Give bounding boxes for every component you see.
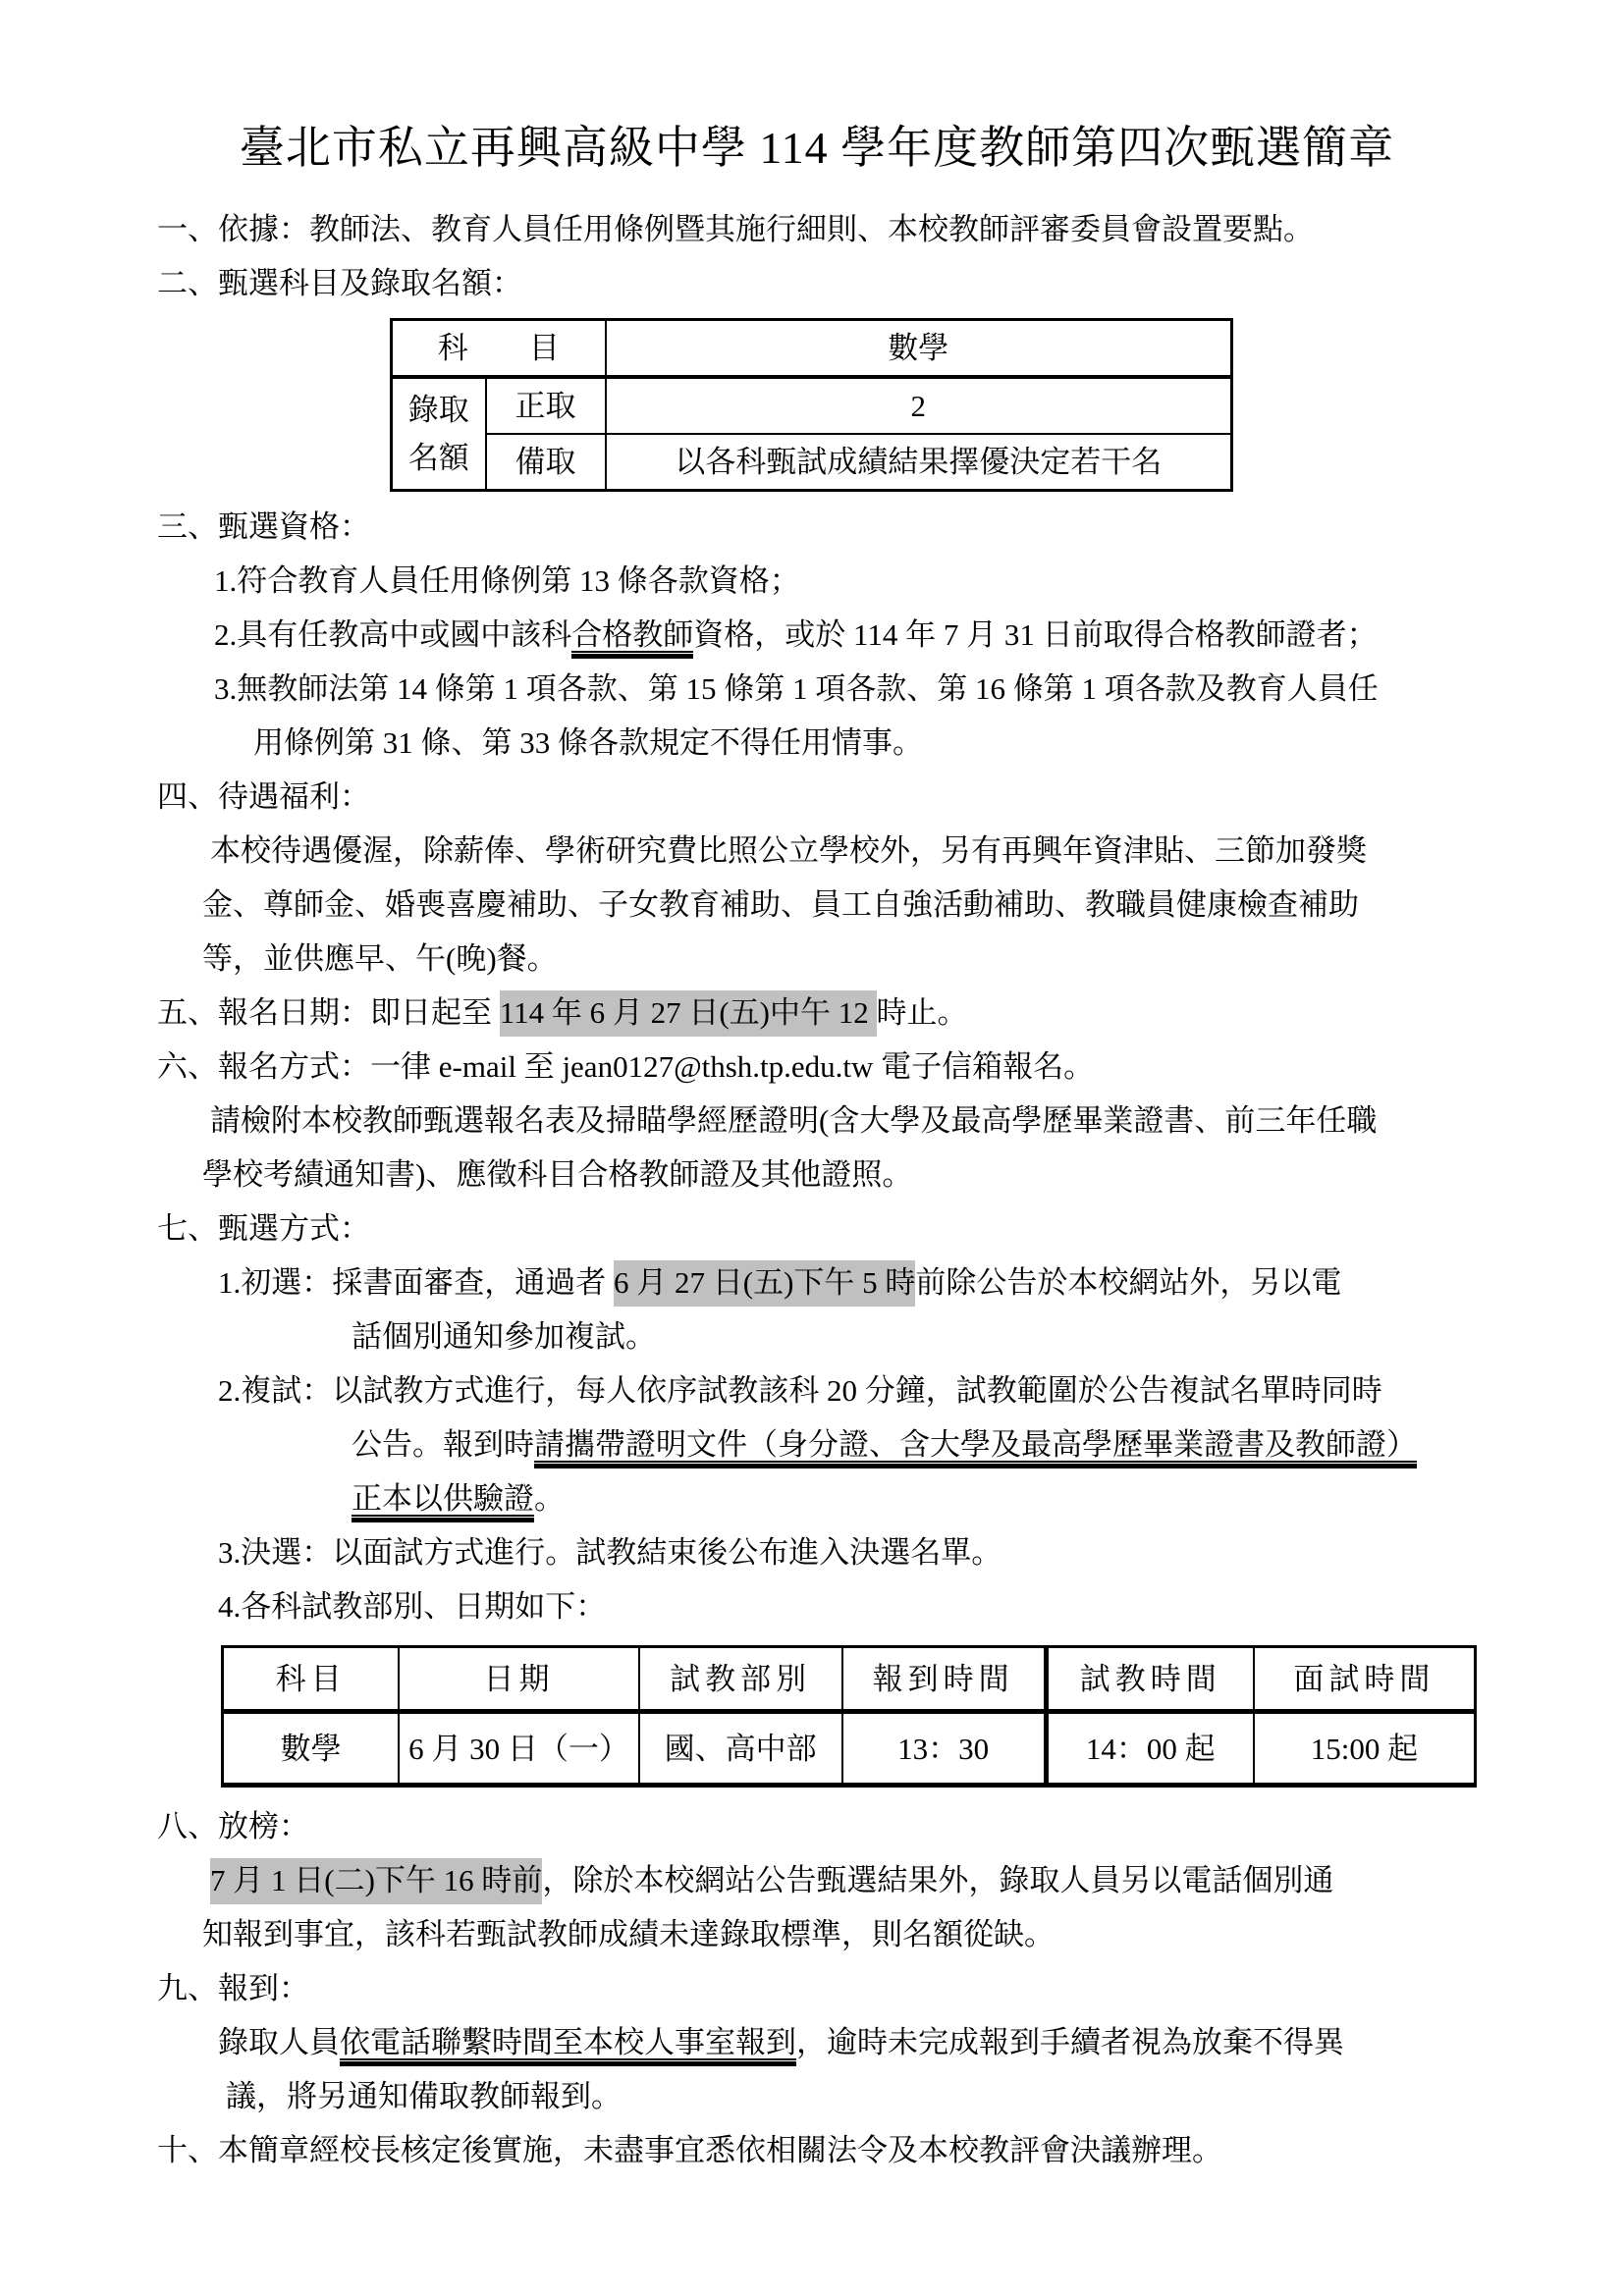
regular-value-cell: 2 — [606, 377, 1232, 434]
section-4-heading: 四、待遇福利： — [157, 770, 1477, 824]
page: 臺北市私立再興高級中學 114 學年度教師第四次甄選簡章 一、依據：教師法、教育… — [0, 0, 1624, 2296]
section-9-body: 錄取人員依電話聯繫時間至本校人事室報到，逾時未完成報到手續者視為放棄不得異 議，… — [218, 2015, 1477, 2123]
cell-interview-time: 15:00 起 — [1254, 1712, 1476, 1786]
cell-subject: 數學 — [223, 1712, 400, 1786]
text-segment: 1.初選：採書面審查，通過者 — [218, 1265, 614, 1300]
section-10-final: 十、本簡章經校長核定後實施，未盡事宜悉依相關法令及本校教評會決議辦理。 — [157, 2123, 1477, 2177]
alternate-label-cell: 備取 — [486, 434, 606, 491]
section-8-heading: 八、放榜： — [157, 1799, 1477, 1853]
regular-label-cell: 正取 — [486, 377, 606, 434]
first-round-date-highlight: 6 月 27 日(五)下午 5 時 — [614, 1260, 915, 1307]
document-body: 臺北市私立再興高級中學 114 學年度教師第四次甄選簡章 一、依據：教師法、教育… — [0, 0, 1624, 2177]
section-5-deadline: 五、報名日期：即日起至 114 年 6 月 27 日(五)中午 12 時止。 — [157, 986, 1477, 1040]
selection-item-1: 1.初選：採書面審查，通過者 6 月 27 日(五)下午 5 時前除公告於本校網… — [218, 1255, 1477, 1363]
table-row: 科 目 數學 — [392, 320, 1232, 378]
text-segment: 六、報名方式：一律 e-mail 至 — [157, 1049, 562, 1084]
subject-value-cell: 數學 — [606, 320, 1232, 378]
section-3-heading: 三、甄選資格： — [157, 500, 1477, 554]
header-cell-subject: 科目 — [223, 1647, 400, 1712]
deadline-date-highlight: 114 年 6 月 27 日(五)中午 12 — [500, 990, 877, 1037]
qualification-item-1: 1.符合教育人員任用條例第 13 條各款資格； — [214, 554, 1477, 608]
table-row: 錄取 名額 正取 2 — [392, 377, 1232, 434]
section-6-body: 請檢附本校教師甄選報名表及掃瞄學經歷證明(含大學及最高學歷畢業證書、前三年任職 … — [202, 1094, 1477, 1201]
qualification-item-3: 3.無教師法第 14 條第 1 項各款、第 15 條第 1 項各款、第 16 條… — [214, 662, 1477, 770]
underlined-text: 依電話聯繫時間至本校人事室報到 — [340, 2025, 796, 2066]
header-cell-demo-time: 試教時間 — [1046, 1647, 1254, 1712]
qualification-item-2: 2.具有任教高中或國中該科合格教師資格，或於 114 年 7 月 31 日前取得… — [214, 608, 1477, 662]
selection-item-2: 2.複試：以試教方式進行，每人依序試教該科 20 分鐘，試教範圍於公告複試名單時… — [218, 1363, 1477, 1525]
section-1-basis: 一、依據：教師法、教育人員任用條例暨其施行細則、本校教師評審委員會設置要點。 — [157, 202, 1477, 256]
subject-quota-table: 科 目 數學 錄取 名額 正取 2 備取 以各科甄試成績結果擇優決定若干名 — [390, 318, 1233, 492]
doc-title: 臺北市私立再興高級中學 114 學年度教師第四次甄選簡章 — [157, 116, 1477, 181]
text-segment: 2.具有任教高中或國中該科 — [214, 617, 571, 652]
schedule-table: 科目 日期 試教部別 報到時間 試教時間 面試時間 數學 6 月 30 日（一）… — [221, 1645, 1477, 1788]
text-segment: 資格，或於 114 年 7 月 31 日前取得合格教師證者； — [693, 617, 1377, 652]
section-2-heading: 二、甄選科目及錄取名額： — [157, 256, 1477, 310]
cell-division: 國、高中部 — [639, 1712, 842, 1786]
text-segment: 錄取人員 — [218, 2025, 340, 2059]
header-cell-date: 日期 — [399, 1647, 639, 1712]
quota-label-cell: 錄取 名額 — [392, 377, 486, 491]
text-segment: 。 — [534, 1481, 565, 1516]
selection-item-4: 4.各科試教部別、日期如下： — [218, 1579, 1477, 1633]
selection-item-3: 3.決選：以面試方式進行。試教結束後公布進入決選名單。 — [218, 1525, 1477, 1579]
table-row: 備取 以各科甄試成績結果擇優決定若干名 — [392, 434, 1232, 491]
text-segment: 時止。 — [877, 995, 968, 1030]
cell-date: 6 月 30 日（一） — [399, 1712, 639, 1786]
text-segment: 電子信箱報名。 — [873, 1049, 1094, 1084]
section-4-body: 本校待遇優渥，除薪俸、學術研究費比照公立學校外，另有再興年資津貼、三節加發獎 金… — [202, 824, 1477, 986]
section-9-heading: 九、報到： — [157, 1961, 1477, 2015]
underlined-text: 合格教師 — [571, 617, 693, 659]
header-cell-checkin-time: 報到時間 — [842, 1647, 1047, 1712]
email-address: jean0127@thsh.tp.edu.tw — [562, 1049, 873, 1084]
header-cell-division: 試教部別 — [639, 1647, 842, 1712]
cell-demo-time: 14：00 起 — [1046, 1712, 1254, 1786]
underlined-text: 請攜帶證明文件（身分證、含大學及最高學歷畢業證書及教師證） — [534, 1427, 1417, 1468]
section-8-body: 7 月 1 日(二)下午 16 時前，除於本校網站公告甄選結果外，錄取人員另以電… — [202, 1853, 1477, 1961]
cell-checkin-time: 13：30 — [842, 1712, 1047, 1786]
alternate-value-cell: 以各科甄試成績結果擇優決定若干名 — [606, 434, 1232, 491]
text-segment: 五、報名日期：即日起至 — [157, 995, 500, 1030]
subject-label-cell: 科 目 — [392, 320, 606, 378]
header-cell-interview-time: 面試時間 — [1254, 1647, 1476, 1712]
underlined-text: 正本以供驗證 — [352, 1481, 534, 1522]
section-7-heading: 七、甄選方式： — [157, 1201, 1477, 1255]
section-6-apply-method: 六、報名方式：一律 e-mail 至 jean0127@thsh.tp.edu.… — [157, 1040, 1477, 1094]
table-row: 數學 6 月 30 日（一） 國、高中部 13：30 14：00 起 15:00… — [223, 1712, 1476, 1786]
table-header-row: 科目 日期 試教部別 報到時間 試教時間 面試時間 — [223, 1647, 1476, 1712]
announcement-date-highlight: 7 月 1 日(二)下午 16 時前 — [210, 1858, 542, 1904]
